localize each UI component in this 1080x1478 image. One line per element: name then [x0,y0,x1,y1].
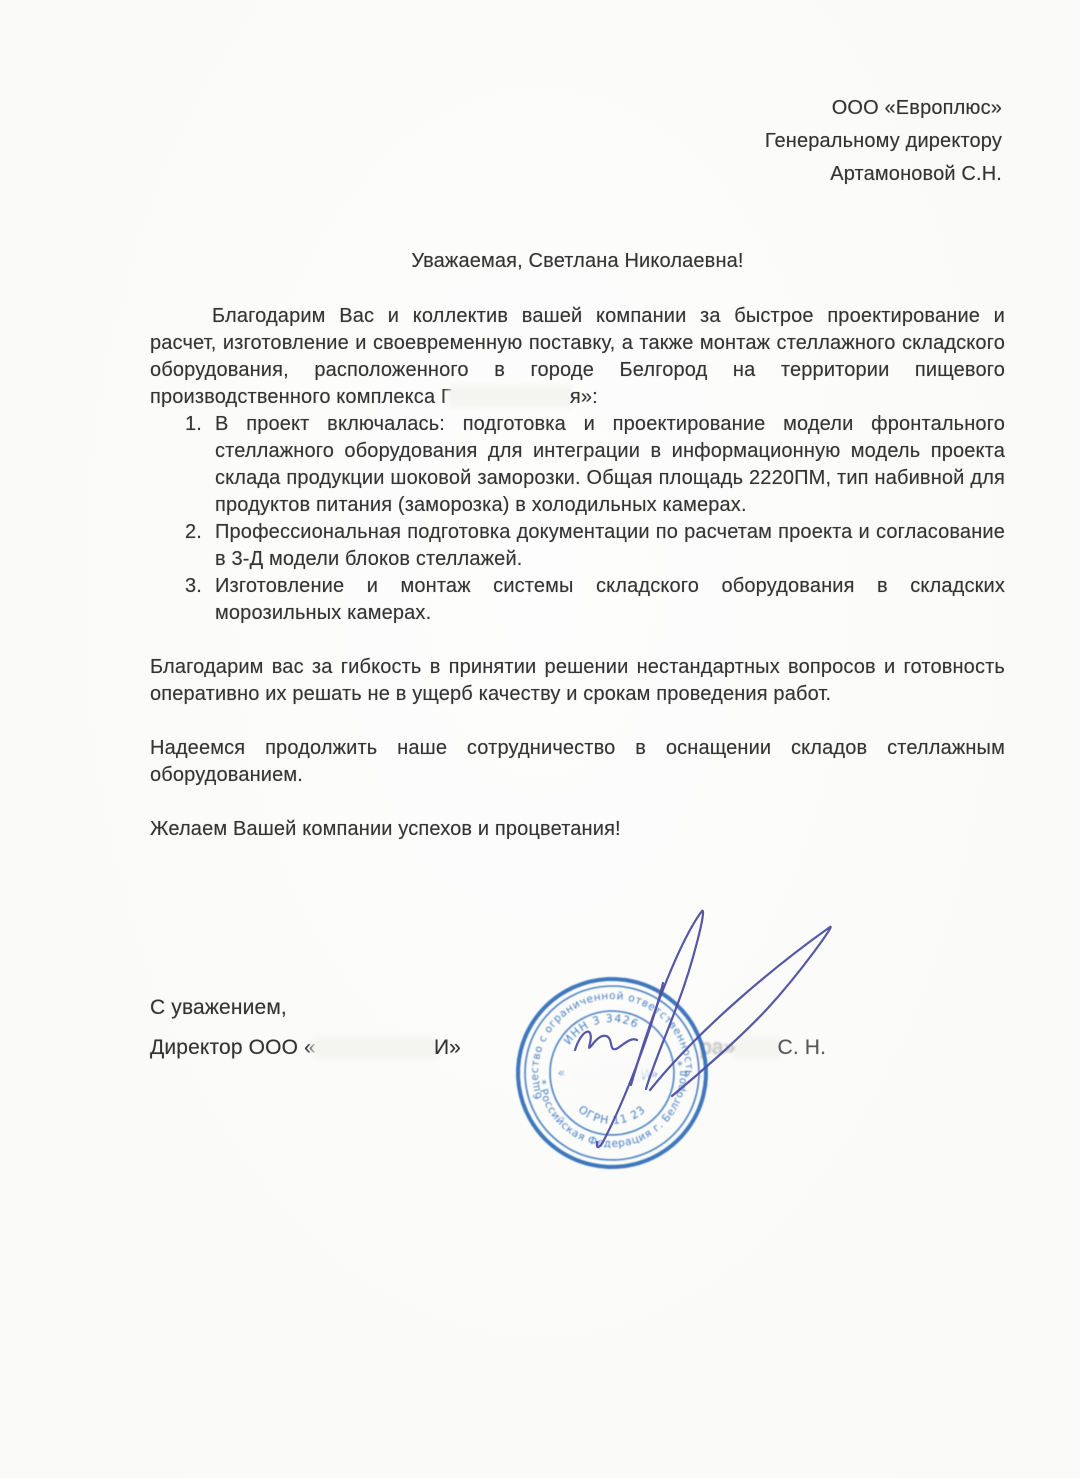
signature-narrow-loop [631,911,703,1089]
paragraph-cooperation: Надеемся продолжить наше сотрудничество … [150,735,1005,789]
greeting-line: Уважаемая, Светлана Николаевна! [150,248,1005,275]
recipient-name: Артамоновой С.Н. [765,158,1002,191]
signature-descender [597,983,663,1147]
stamp-inner-circle [542,1003,682,1143]
director-line: Директор ООО «И» [150,1036,461,1060]
stamp-outer-circle [506,967,718,1178]
stamp-and-signature: Общество с ограниченной ответственностью… [500,878,880,1178]
scope-of-work-list: 1. В проект включалась: подготовка и про… [150,411,1005,627]
stamp-inn-text: ИНН 3 3426 [557,1004,643,1049]
list-item-number: 3. [185,573,215,627]
stamp-outer-top-text: Общество с ограниченной ответственностью [500,878,696,1105]
director-name-fragment: ра»С. Н. [700,1036,826,1060]
round-stamp: Общество с ограниченной ответственностью… [500,878,718,1178]
list-item-number: 2. [185,519,215,573]
signature-squiggle [575,1032,637,1050]
director-prefix: Директор ООО « [150,1036,316,1059]
stamp-center-open-quote: « [557,1066,567,1082]
signature-wide-loop [650,927,831,1096]
redacted-name-box [736,1040,778,1055]
list-item-text: Профессиональная подготовка документации… [215,519,1005,573]
list-item-text: Изготовление и монтаж системы складского… [215,573,1005,627]
letter-body: Уважаемая, Светлана Николаевна! Благодар… [150,248,1005,843]
director-initials: С. Н. [778,1036,827,1059]
stamp-outer-inner-circle [514,975,711,1172]
list-item-text: В проект включалась: подготовка и проект… [215,411,1005,519]
handwritten-signature [575,911,831,1147]
list-item: 2. Профессиональная подготовка документа… [150,519,1005,573]
redacted-name-fragment: ра» [700,1036,736,1059]
paragraph-thanks: Благодарим Вас и коллектив вашей компани… [150,303,1005,411]
stamp-center-close-quote: И» [640,1067,660,1084]
redacted-director-company [316,1040,434,1055]
paragraph-thanks-tail: я»: [570,386,598,408]
recipient-title: Генеральному директору [765,125,1002,158]
paragraph-flexibility: Благодарим вас за гибкость в принятии ре… [150,654,1005,708]
scanned-letter-page: ООО «Европлюс» Генеральному директору Ар… [0,0,1080,1478]
stamp-center-redaction [560,1045,664,1095]
paragraph-wishes: Желаем Вашей компании успехов и процвета… [150,816,1005,843]
stamp-outer-bottom-text: * Российская Федерация г. Белгород * [535,1059,699,1160]
recipient-header: ООО «Европлюс» Генеральному директору Ар… [765,92,1002,191]
stamp-ogrn-text: ОГРН 11 23 [576,1103,649,1127]
redacted-company-name [452,389,570,404]
closing-line: С уважением, [150,996,287,1020]
list-item: 3. Изготовление и монтаж системы складск… [150,573,1005,627]
recipient-company: ООО «Европлюс» [765,92,1002,125]
list-item: 1. В проект включалась: подготовка и про… [150,411,1005,519]
list-item-number: 1. [185,411,215,519]
director-suffix: И» [434,1036,461,1059]
